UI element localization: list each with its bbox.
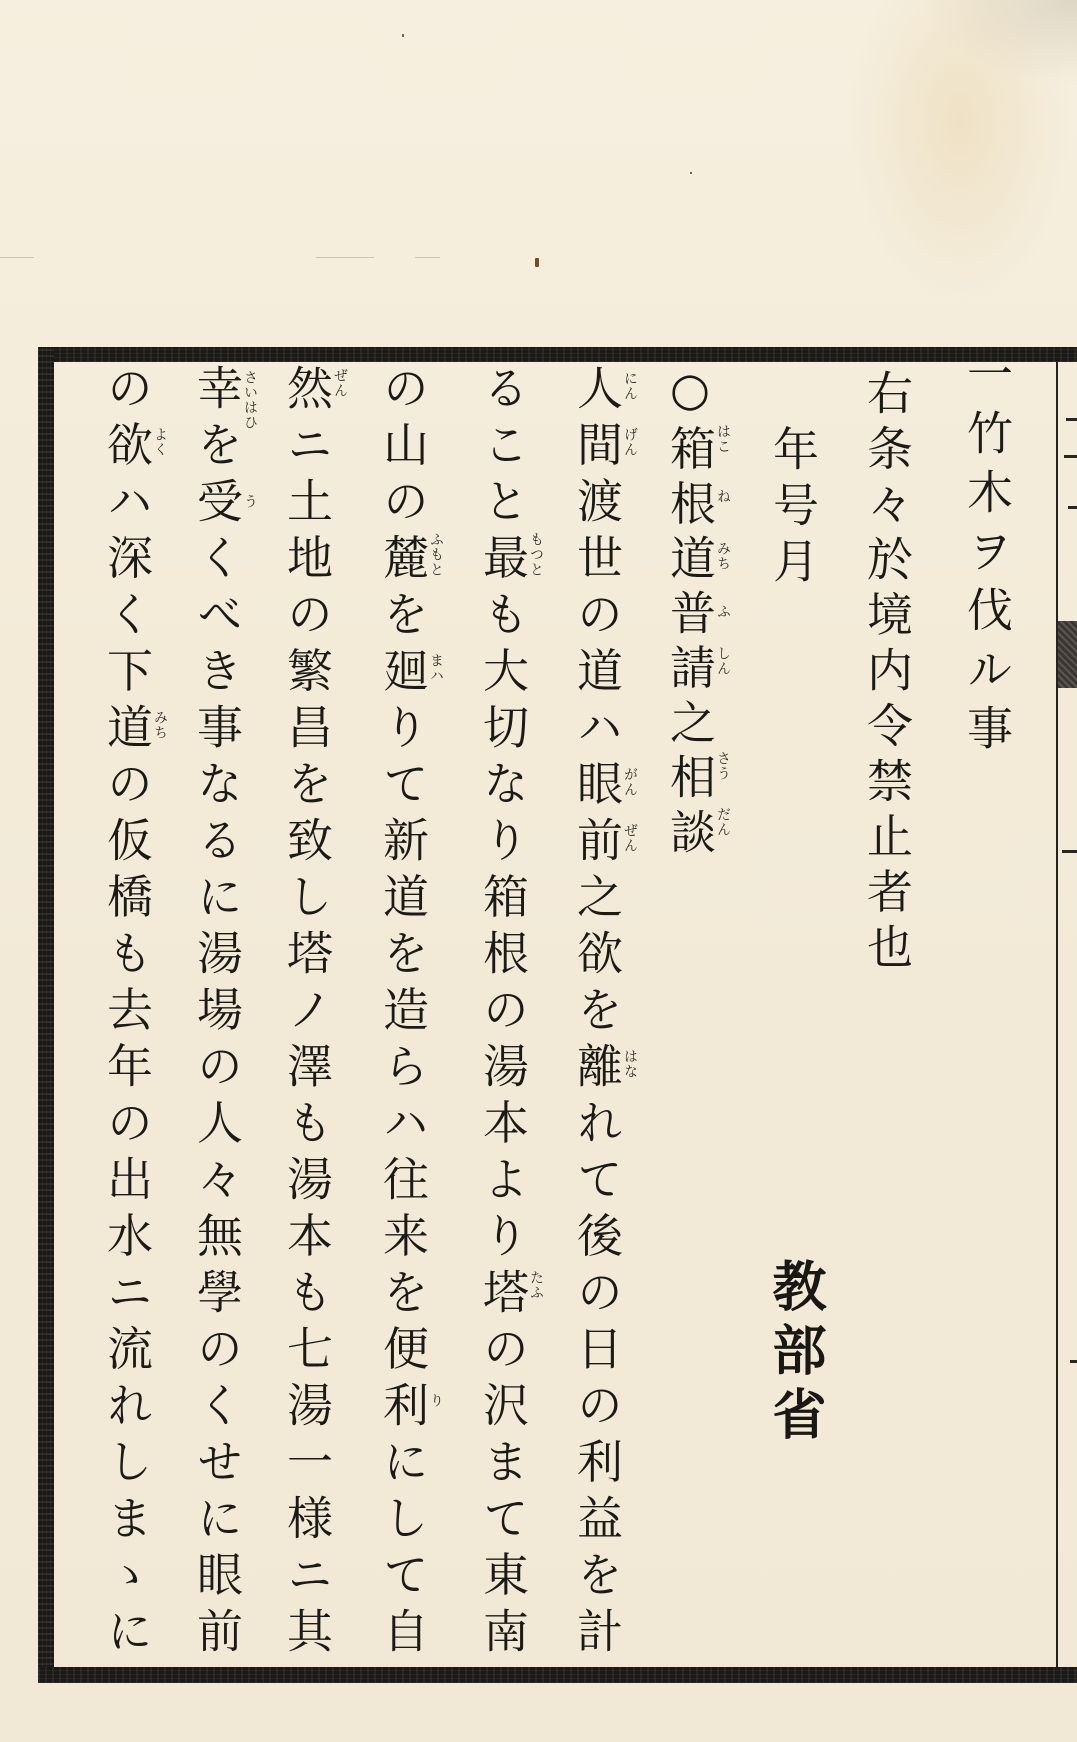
text-column-1: 一竹木ヲ伐ル事 <box>964 350 1010 763</box>
adjacent-page-glyph-fragment <box>1066 418 1077 421</box>
furigana: たふ <box>528 1270 543 1300</box>
adjacent-page-glyph-fragment <box>1064 455 1077 458</box>
furigana: ふ <box>715 604 730 619</box>
adjacent-page-glyph-fragment <box>1062 850 1077 853</box>
frame-left-border <box>38 347 54 1683</box>
text-column-6: ること最も大切なり箱根の湯本より塔の沢まて東南 <box>480 364 526 1664</box>
text-column-10: の欲ハ深く下道の仮橋も去年の出水ニ流れしまゝに <box>104 364 150 1664</box>
faint-dash-mark <box>415 257 440 258</box>
furigana: はこ <box>715 424 730 454</box>
furigana: みち <box>715 541 730 571</box>
text-column-4-heading: ○箱根道普請之相談 <box>667 362 713 863</box>
furigana: ね <box>715 489 730 504</box>
furigana: よく <box>152 427 167 457</box>
adjacent-page-glyph-fragment <box>1068 506 1077 509</box>
frame-top-border <box>38 347 1077 362</box>
ink-stain-mark <box>535 258 539 267</box>
furigana: ぜん <box>622 823 637 853</box>
furigana: しん <box>715 646 730 676</box>
furigana: ふもと <box>428 532 443 577</box>
furigana: にん <box>622 371 637 401</box>
furigana: さう <box>715 751 730 781</box>
text-column-8: 然ニ土地の繁昌を致し塔ノ澤も湯本も七湯一様ニ其 <box>284 364 330 1664</box>
furigana: だん <box>715 807 730 837</box>
furigana: がん <box>622 767 637 797</box>
faint-dash-mark <box>316 257 374 258</box>
adjacent-page-ink-block <box>1058 621 1077 688</box>
furigana: り <box>428 1393 443 1408</box>
text-column-2: 右条々於境内令禁止者也 <box>864 369 910 978</box>
furigana: さいはひ <box>242 370 257 430</box>
furigana: みち <box>152 710 167 740</box>
furigana: もつと <box>528 532 543 577</box>
adjacent-page-glyph-fragment <box>1070 1360 1077 1363</box>
furigana: げん <box>622 427 637 457</box>
text-column-9: 幸を受くべき事なるに湯場の人々無學のくせに眼前 <box>194 364 240 1664</box>
speck-mark <box>690 172 692 174</box>
furigana: まハ <box>428 653 443 683</box>
furigana: ぜん <box>332 368 347 398</box>
speck-mark <box>402 34 404 37</box>
furigana: はな <box>622 1049 637 1079</box>
frame-right-rule <box>1056 362 1058 1667</box>
faint-dash-mark <box>0 257 34 258</box>
text-column-7: の山の麓を廻りて新道を造らハ往来を便利にして自 <box>380 364 426 1664</box>
text-column-5: 人間渡世の道ハ眼前之欲を離れて後の日の利益を計 <box>574 364 620 1664</box>
furigana: う <box>242 494 257 509</box>
issuer-signature: 教部省 <box>769 1258 823 1450</box>
text-column-3-date: 年号月 <box>770 425 816 593</box>
frame-bottom-border <box>38 1667 1077 1683</box>
